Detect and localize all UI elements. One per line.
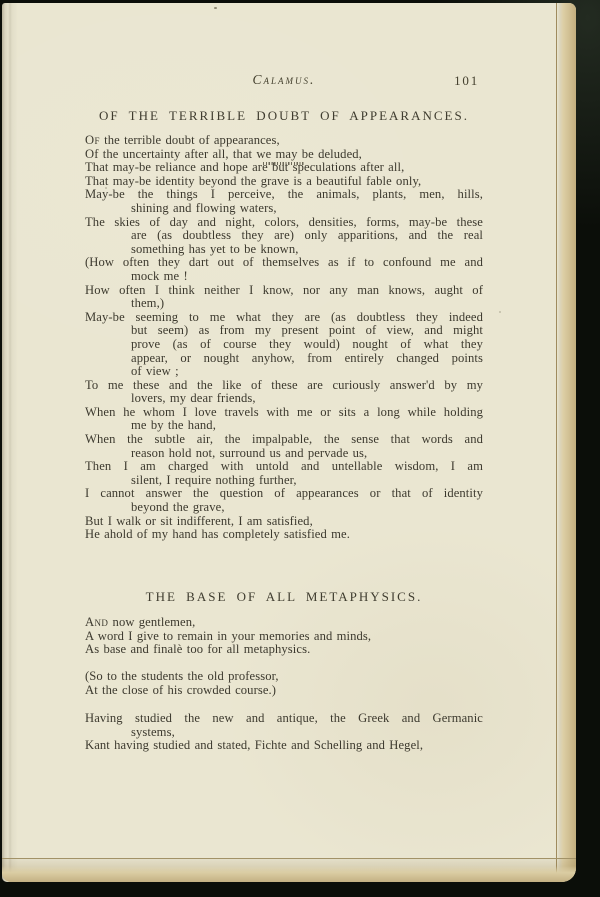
poem-line: prove (as of course they would) nought o… [131,338,483,352]
poem-line: me by the hand, [131,419,483,433]
running-head: Calamus. 101 [85,72,483,88]
poem-line: To me these and the like of these are cu… [85,379,483,393]
poem-line: Then I am charged with untold and untell… [85,460,483,474]
page-edge-right [556,3,576,882]
poem-line: Kant having studied and stated, Fichte a… [85,739,483,753]
poem-line: beyond the grave, [131,501,483,515]
poem-line: He ahold of my hand has completely satis… [85,528,483,542]
poem-line: That may-be identity beyond the grave is… [85,175,483,189]
poem-line: At the close of his crowded course.) [85,684,483,698]
poem-line: May-be the things I perceive, the animal… [85,188,483,202]
scanned-book-photo: Calamus. 101 OF THE TERRIBLE DOUBT OF AP… [0,0,600,897]
poem-title-terrible-doubt: OF THE TERRIBLE DOUBT OF APPEARANCES. [85,108,483,124]
poem-line: (How often they dart out of themselves a… [85,256,483,270]
poem-line: As base and finalè too for all metaphysi… [85,643,483,657]
page-gutter-shadow [2,3,18,882]
poem-line: systems, [131,726,483,740]
poem-stanza: (So to the students the old professor,At… [85,670,483,697]
poem-line: That may-be reliance and hope are but sp… [85,161,483,175]
page-edge-bottom [2,858,576,882]
poem-line: are (as doubtless they are) only apparit… [131,229,483,243]
poem-line: May-be seeming to me what they are (as d… [85,311,483,325]
poem-stanza: And now gentlemen,A word I give to remai… [85,616,483,657]
small-caps-lead: And [85,615,108,629]
poem-line: of view ; [131,365,483,379]
page-number: 101 [454,73,479,89]
poem-line: Of the uncertainty after all, that we ma… [85,148,483,162]
poem-stanza: Having studied the new and antique, the … [85,712,483,753]
poem-stanza: Of the terrible doubt of appearances,Of … [85,134,483,542]
poem-line: But I walk or sit indifferent, I am sati… [85,515,483,529]
poem-line: When he whom I love travels with me or s… [85,406,483,420]
paper-speck [499,311,501,313]
poem-line: A word I give to remain in your memories… [85,630,483,644]
poem-line: Having studied the new and antique, the … [85,712,483,726]
poem-line: Of the terrible doubt of appearances, [85,134,483,148]
book-page: Calamus. 101 OF THE TERRIBLE DOUBT OF AP… [2,3,576,882]
running-head-title: Calamus. [85,72,483,88]
poem-line: When the subtle air, the impalpable, the… [85,433,483,447]
poem-line: How often I think neither I know, nor an… [85,284,483,298]
poem-line: mock me ! [131,270,483,284]
poem-line: And now gentlemen, [85,616,483,630]
poem-line: reason hold not, surround us and pervade… [131,447,483,461]
poem-title-base-of-metaphysics: THE BASE OF ALL METAPHYSICS. [85,589,483,605]
poem-line: I cannot answer the question of appearan… [85,487,483,501]
poem-line: lovers, my dear friends, [131,392,483,406]
poem-line: but seem) as from my present point of vi… [131,324,483,338]
small-caps-lead: Of [85,133,100,147]
poem-line: appear, or nought anyhow, from entirely … [131,352,483,366]
poem-line: them,) [131,297,483,311]
poem-line: The skies of day and night, colors, dens… [85,216,483,230]
paper-speck [214,7,217,9]
poem-line: something has yet to be known, [131,243,483,257]
poem-line: shining and flowing waters, [131,202,483,216]
poem-line: silent, I require nothing further, [131,474,483,488]
poem-line: (So to the students the old professor, [85,670,483,684]
